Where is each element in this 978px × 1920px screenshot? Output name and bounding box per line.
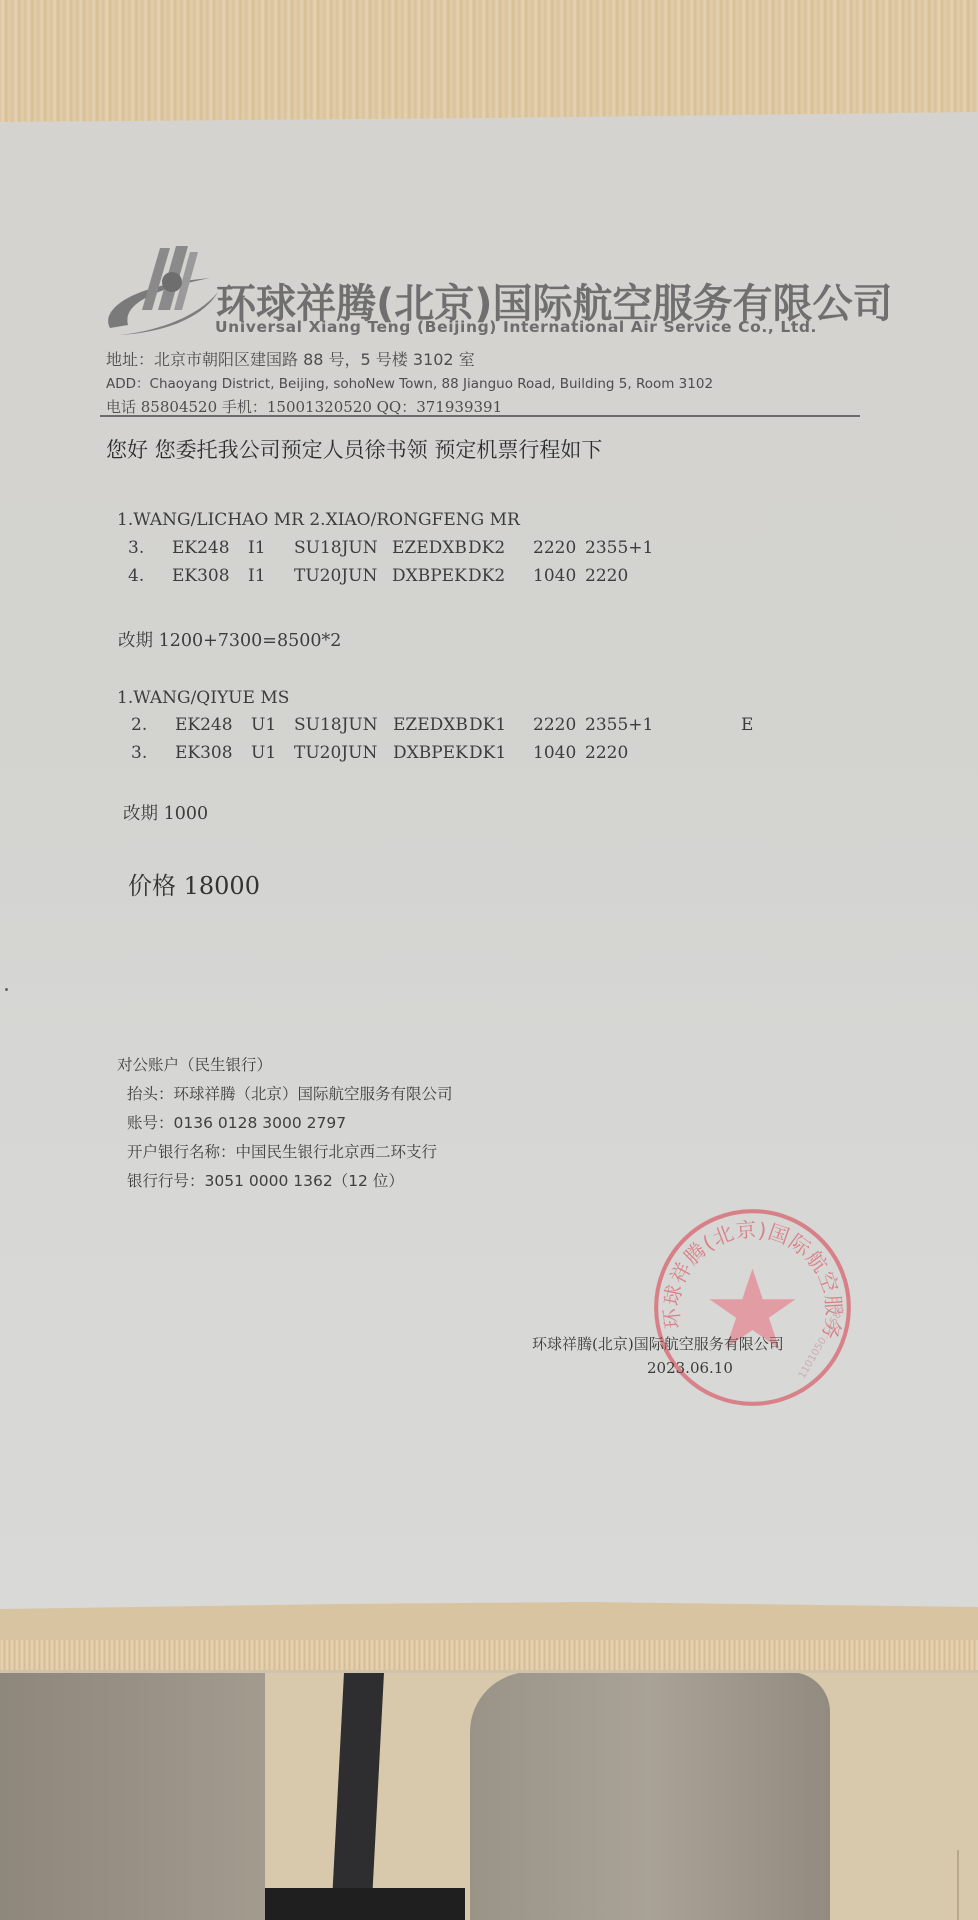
signature-date: 2023.06.10 bbox=[647, 1359, 733, 1377]
segment-date: SU18JUN bbox=[294, 538, 378, 558]
seal-number: 1101050…1585 bbox=[796, 1304, 847, 1381]
segment-date: TU20JUN bbox=[294, 566, 377, 586]
segment-flight: EK248 bbox=[172, 538, 230, 558]
address-cn: 地址：北京市朝阳区建国路 88 号，5 号楼 3102 室 bbox=[106, 347, 475, 370]
chair-seat bbox=[265, 1888, 465, 1920]
segment-dep: 2220 bbox=[533, 538, 576, 558]
segment-date: SU18JUN bbox=[294, 715, 378, 735]
bank-account: 账号：0136 0128 3000 2797 bbox=[127, 1111, 346, 1133]
booking-1-change-fee: 改期 1200+7300=8500*2 bbox=[118, 627, 341, 652]
paper-speck bbox=[5, 988, 8, 991]
segment-arr: 2355+1 bbox=[585, 715, 653, 735]
segment-class: U1 bbox=[251, 715, 276, 735]
address-en: ADD：Chaoyang District, Beijing, sohoNew … bbox=[106, 372, 713, 392]
segment-arr: 2355+1 bbox=[585, 538, 653, 558]
segment-class: U1 bbox=[251, 743, 276, 763]
segment-extra: E bbox=[741, 715, 753, 735]
bank-title: 对公账户（民生银行） bbox=[117, 1053, 272, 1075]
company-seal-icon: 环球祥腾(北京)国际航空服务有限公司 1101050…1585 bbox=[650, 1205, 855, 1410]
desk-edge bbox=[0, 1640, 978, 1673]
booking-2-change-fee: 改期 1000 bbox=[123, 800, 208, 825]
total-price: 价格 18000 bbox=[128, 866, 260, 901]
segment-dep: 1040 bbox=[533, 566, 576, 586]
segment-route: DXBPEK bbox=[393, 743, 468, 763]
signature-company: 环球祥腾(北京)国际航空服务有限公司 bbox=[532, 1333, 784, 1354]
segment-date: TU20JUN bbox=[294, 743, 377, 763]
segment-no: 2. bbox=[131, 715, 147, 735]
segment-status: DK1 bbox=[469, 743, 506, 763]
leg-right bbox=[470, 1672, 830, 1920]
segment-arr: 2220 bbox=[585, 566, 628, 586]
cabinet-edge bbox=[957, 1850, 959, 1920]
header-divider bbox=[100, 415, 860, 417]
segment-no: 3. bbox=[128, 538, 144, 558]
segment-dep: 1040 bbox=[533, 743, 576, 763]
segment-class: I1 bbox=[248, 538, 266, 558]
segment-route: EZEDXB bbox=[393, 715, 468, 735]
contact-info: 电话 85804520 手机：15001320520 QQ：371939391 bbox=[106, 396, 502, 417]
booking-1-passengers: 1.WANG/LICHAO MR 2.XIAO/RONGFENG MR bbox=[117, 510, 520, 530]
booking-2-passengers: 1.WANG/QIYUE MS bbox=[117, 688, 289, 708]
desk-surface-top bbox=[0, 0, 978, 125]
bank-payee: 抬头：环球祥腾（北京）国际航空服务有限公司 bbox=[127, 1082, 453, 1104]
segment-route: EZEDXB bbox=[392, 538, 467, 558]
company-name-en: Universal Xiang Teng (Beijing) Internati… bbox=[215, 318, 817, 336]
segment-flight: EK248 bbox=[175, 715, 233, 735]
segment-status: DK1 bbox=[469, 715, 506, 735]
segment-arr: 2220 bbox=[585, 743, 628, 763]
segment-no: 3. bbox=[131, 743, 147, 763]
bank-code: 银行行号：3051 0000 1362（12 位） bbox=[127, 1169, 404, 1191]
bank-name: 开户银行名称：中国民生银行北京西二环支行 bbox=[127, 1140, 437, 1162]
segment-flight: EK308 bbox=[175, 743, 233, 763]
segment-dep: 2220 bbox=[533, 715, 576, 735]
segment-no: 4. bbox=[128, 566, 144, 586]
segment-class: I1 bbox=[248, 566, 266, 586]
greeting-line: 您好 您委托我公司预定人员徐书领 预定机票行程如下 bbox=[106, 434, 602, 464]
company-logo-icon bbox=[100, 240, 220, 340]
segment-status: DK2 bbox=[468, 566, 505, 586]
segment-route: DXBPEK bbox=[392, 566, 467, 586]
leg-left bbox=[0, 1672, 265, 1920]
segment-status: DK2 bbox=[468, 538, 505, 558]
segment-flight: EK308 bbox=[172, 566, 230, 586]
